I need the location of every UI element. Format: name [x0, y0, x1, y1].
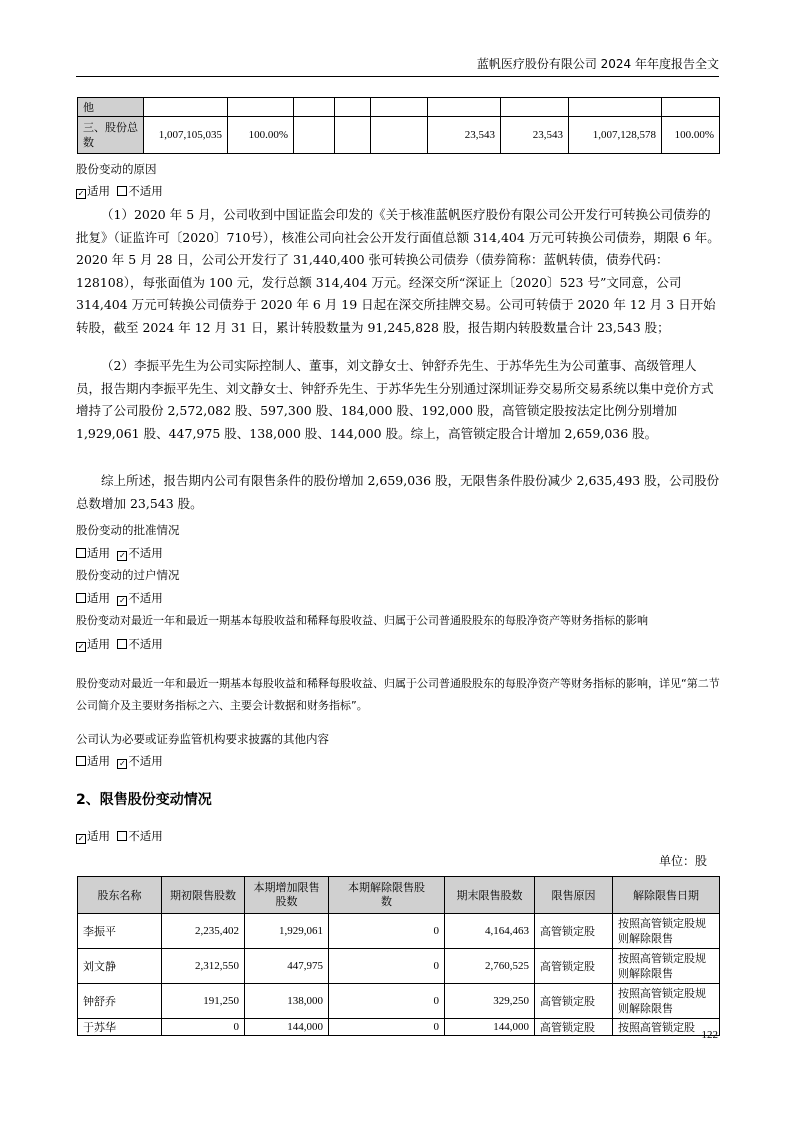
- page-header: 蓝帆医疗股份有限公司 2024 年年度报告全文: [76, 56, 719, 77]
- transfer-title: 股份变动的过户情况: [76, 567, 180, 583]
- cell: 144,000: [445, 1019, 535, 1036]
- checkbox-unchecked-icon[interactable]: [117, 639, 127, 649]
- unit-label: 单位：股: [659, 852, 707, 869]
- table-row: 李振平 2,235,402 1,929,061 0 4,164,463 高管锁定…: [78, 914, 720, 949]
- table-row: 他: [78, 98, 720, 117]
- table-header-row: 股东名称 期初限售股数 本期增加限售股数 本期解除限售股数 期末限售股数 限售原…: [78, 877, 720, 914]
- cell: 2,312,550: [162, 949, 245, 984]
- page-number: 122: [702, 1029, 719, 1041]
- cell: 329,250: [445, 984, 535, 1019]
- shareholder-name: 钟舒乔: [78, 984, 162, 1019]
- reason-applicability: ✓适用 不适用: [76, 183, 163, 199]
- checkbox-checked-icon[interactable]: ✓: [117, 759, 127, 769]
- cell: 1,007,105,035: [144, 117, 228, 154]
- report-title: 蓝帆医疗股份有限公司 2024 年年度报告全文: [477, 57, 719, 71]
- cell: 100.00%: [228, 117, 294, 154]
- checkbox-unchecked-icon[interactable]: [117, 186, 127, 196]
- checkbox-checked-icon[interactable]: ✓: [76, 642, 86, 652]
- reason-paragraph-1: （1）2020 年 5 月，公司收到中国证监会印发的《关于核准蓝帆医疗股份有限公…: [76, 204, 720, 339]
- cell: 23,543: [428, 117, 501, 154]
- column-header: 限售原因: [535, 877, 613, 914]
- cell: 高管锁定股: [535, 984, 613, 1019]
- row-label: 三、股份总数: [78, 117, 144, 154]
- cell: 按照高管锁定股规则解除限售: [613, 914, 720, 949]
- cell: 4,164,463: [445, 914, 535, 949]
- section-heading: 2、限售股份变动情况: [76, 789, 212, 809]
- cell: [335, 117, 371, 154]
- cell: 0: [162, 1019, 245, 1036]
- column-header: 期初限售股数: [162, 877, 245, 914]
- checkbox-checked-icon[interactable]: ✓: [76, 834, 86, 844]
- other-title: 公司认为必要或证券监管机构要求披露的其他内容: [76, 731, 329, 747]
- table-row: 刘文静 2,312,550 447,975 0 2,760,525 高管锁定股 …: [78, 949, 720, 984]
- reason-summary: 综上所述，报告期内公司有限售条件的股份增加 2,659,036 股，无限售条件股…: [76, 470, 720, 515]
- row-label: 他: [78, 98, 144, 117]
- cell: 23,543: [501, 117, 569, 154]
- restricted-shares-table: 股东名称 期初限售股数 本期增加限售股数 本期解除限售股数 期末限售股数 限售原…: [77, 876, 720, 1036]
- checkbox-unchecked-icon[interactable]: [117, 831, 127, 841]
- cell: [371, 117, 428, 154]
- shareholder-name: 于苏华: [78, 1019, 162, 1036]
- reason-paragraph-2: （2）李振平先生为公司实际控制人、董事，刘文静女士、钟舒乔先生、于苏华先生为公司…: [76, 355, 720, 445]
- restricted-applicability: ✓适用 不适用: [76, 828, 163, 844]
- column-header: 股东名称: [78, 877, 162, 914]
- cell: 100.00%: [662, 117, 720, 154]
- column-header: 本期解除限售股数: [329, 877, 445, 914]
- table-row: 三、股份总数 1,007,105,035 100.00% 23,543 23,5…: [78, 117, 720, 154]
- cell: 高管锁定股: [535, 914, 613, 949]
- checkbox-checked-icon[interactable]: ✓: [117, 596, 127, 606]
- other-applicability: 适用 ✓不适用: [76, 753, 163, 769]
- approval-title: 股份变动的批准情况: [76, 522, 180, 538]
- checkbox-unchecked-icon[interactable]: [76, 548, 86, 558]
- cell: 447,975: [245, 949, 329, 984]
- cell: 0: [329, 984, 445, 1019]
- cell: 191,250: [162, 984, 245, 1019]
- checkbox-checked-icon[interactable]: ✓: [76, 189, 86, 199]
- cell: [294, 117, 335, 154]
- shareholder-name: 李振平: [78, 914, 162, 949]
- impact-title: 股份变动对最近一年和最近一期基本每股收益和稀释每股收益、归属于公司普通股股东的每…: [76, 613, 720, 629]
- column-header: 期末限售股数: [445, 877, 535, 914]
- table-row: 于苏华 0 144,000 0 144,000 高管锁定股 按照高管锁定股: [78, 1019, 720, 1036]
- impact-applicability: ✓适用 不适用: [76, 636, 163, 652]
- cell: 高管锁定股: [535, 949, 613, 984]
- cell: 按照高管锁定股规则解除限售: [613, 949, 720, 984]
- table-row: 钟舒乔 191,250 138,000 0 329,250 高管锁定股 按照高管…: [78, 984, 720, 1019]
- cell: 0: [329, 1019, 445, 1036]
- impact-text: 股份变动对最近一年和最近一期基本每股收益和稀释每股收益、归属于公司普通股股东的每…: [76, 673, 720, 717]
- reason-title: 股份变动的原因: [76, 161, 157, 177]
- checkbox-unchecked-icon[interactable]: [76, 593, 86, 603]
- cell: 138,000: [245, 984, 329, 1019]
- cell: 1,929,061: [245, 914, 329, 949]
- cell: 高管锁定股: [535, 1019, 613, 1036]
- cell: 1,007,128,578: [569, 117, 662, 154]
- shareholder-name: 刘文静: [78, 949, 162, 984]
- cell: 0: [329, 914, 445, 949]
- approval-applicability: 适用 ✓不适用: [76, 545, 163, 561]
- share-change-table: 他 三、股份总数 1,007,105,035 100.00% 23,543 23…: [77, 97, 720, 154]
- column-header: 本期增加限售股数: [245, 877, 329, 914]
- cell: 2,235,402: [162, 914, 245, 949]
- column-header: 解除限售日期: [613, 877, 720, 914]
- cell: 144,000: [245, 1019, 329, 1036]
- cell: 按照高管锁定股规则解除限售: [613, 984, 720, 1019]
- transfer-applicability: 适用 ✓不适用: [76, 590, 163, 606]
- checkbox-unchecked-icon[interactable]: [76, 756, 86, 766]
- cell: 0: [329, 949, 445, 984]
- checkbox-checked-icon[interactable]: ✓: [117, 551, 127, 561]
- cell: 2,760,525: [445, 949, 535, 984]
